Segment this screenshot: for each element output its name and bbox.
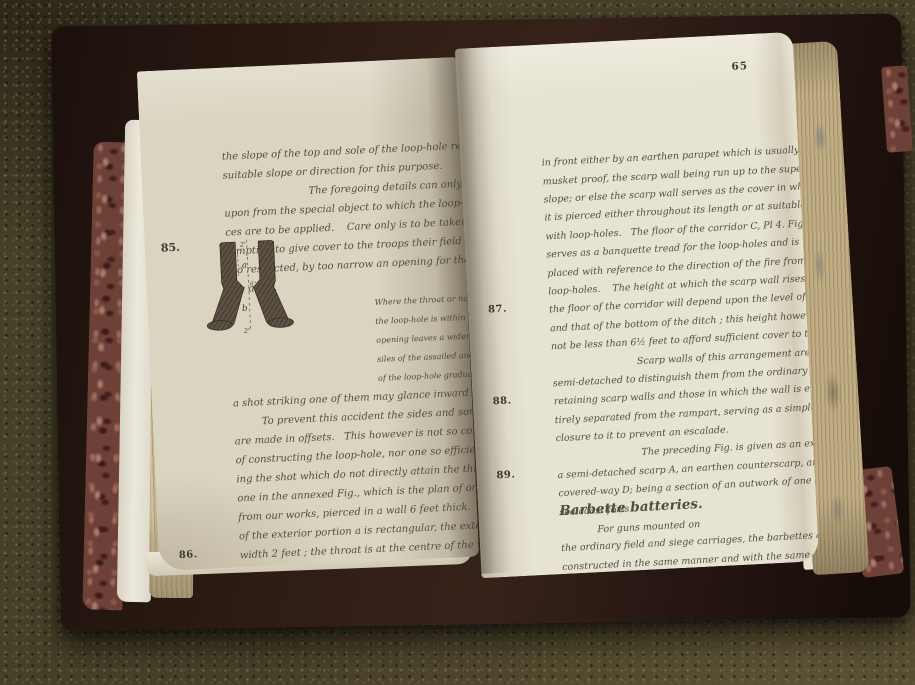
paragraph-number: 89.	[496, 466, 516, 485]
left-page-paragraphs-top: the slope of the top and sole of the loo…	[158, 77, 455, 242]
paragraph-number: 88.	[492, 393, 512, 412]
left-page: the slope of the top and sole of the loo…	[137, 57, 479, 571]
right-page-paragraphs: in front either by an earthen parapet wh…	[477, 84, 808, 559]
paragraph-number: 87.	[488, 301, 508, 320]
right-page: 65 in front either by an earthen parapet…	[455, 32, 819, 578]
left-page-text: the slope of the top and sole of the loo…	[137, 57, 479, 571]
right-page-text: in front either by an earthen parapet wh…	[455, 32, 819, 578]
left-page-paragraphs-bottom: Where the throat or narrowest part of th…	[165, 229, 469, 565]
photo-open-manuscript-book: the slope of the top and sole of the loo…	[0, 0, 915, 685]
paragraph-number: 86.	[178, 545, 198, 565]
